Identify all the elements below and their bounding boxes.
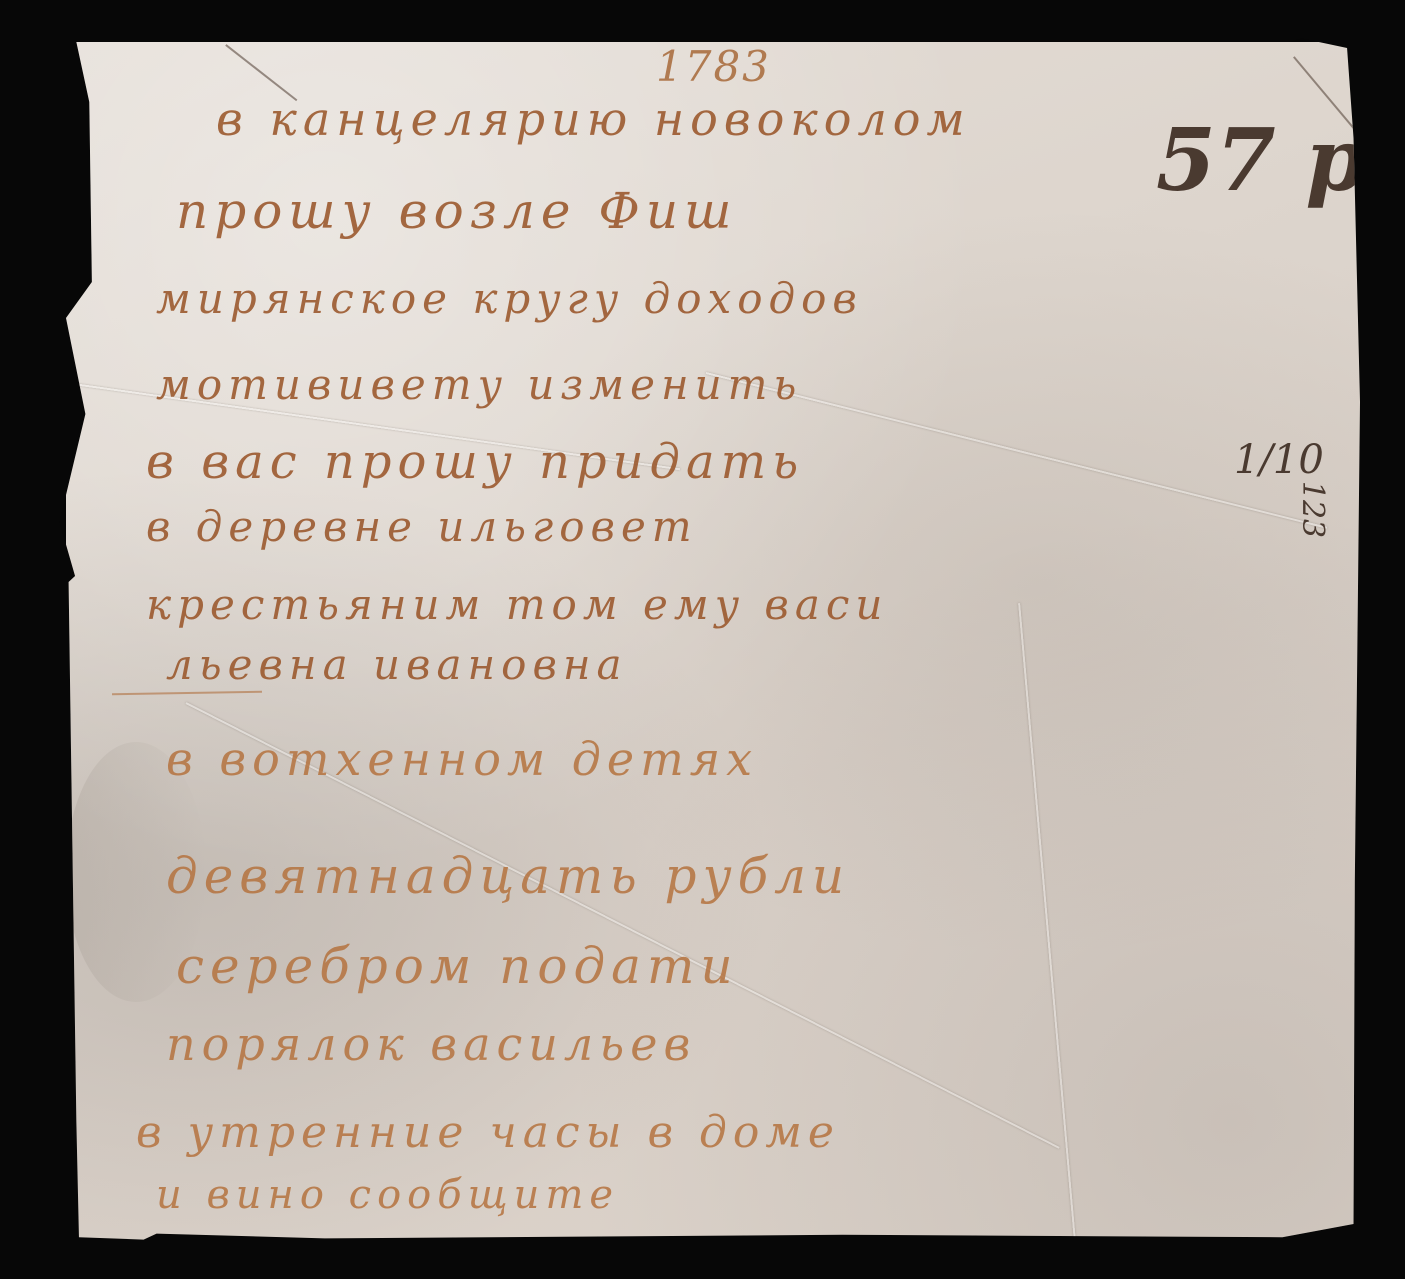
text-line-8: льевна ивановна (166, 640, 628, 689)
side-note-number: 123 (1295, 481, 1330, 538)
text-line-2: прошу возле Фиш (176, 182, 737, 240)
year-note: 1783 (656, 42, 771, 91)
text-line-9: в вотхенном детях (166, 732, 758, 786)
text-line-4: мотививету изменить (156, 360, 802, 409)
text-line-5: в вас прошу придать (146, 434, 804, 490)
text-line-13: в утренние часы в доме (136, 1107, 840, 1158)
text-line-7: крестьяним том ему васи (146, 580, 888, 629)
text-line-3: мирянское кругу доходов (156, 274, 863, 323)
text-line-6: в деревне ильговет (146, 502, 698, 551)
vertical-fold (1018, 603, 1076, 1241)
text-line-14: и вино сообщите (156, 1172, 619, 1218)
text-line-12: порялок васильев (166, 1017, 696, 1071)
margin-number-note: 57 р (1156, 110, 1366, 211)
text-line-11: серебром подати (176, 937, 739, 995)
side-note-fraction: 1/10 (1234, 437, 1324, 483)
underline-stroke (112, 691, 262, 696)
text-line-1: в канцелярию новоколом (216, 92, 971, 146)
text-line-10: девятнадцать рубли (166, 847, 850, 905)
manuscript-paper: 1783 57 р 1/10 123 в канцелярию новоколо… (66, 42, 1360, 1242)
